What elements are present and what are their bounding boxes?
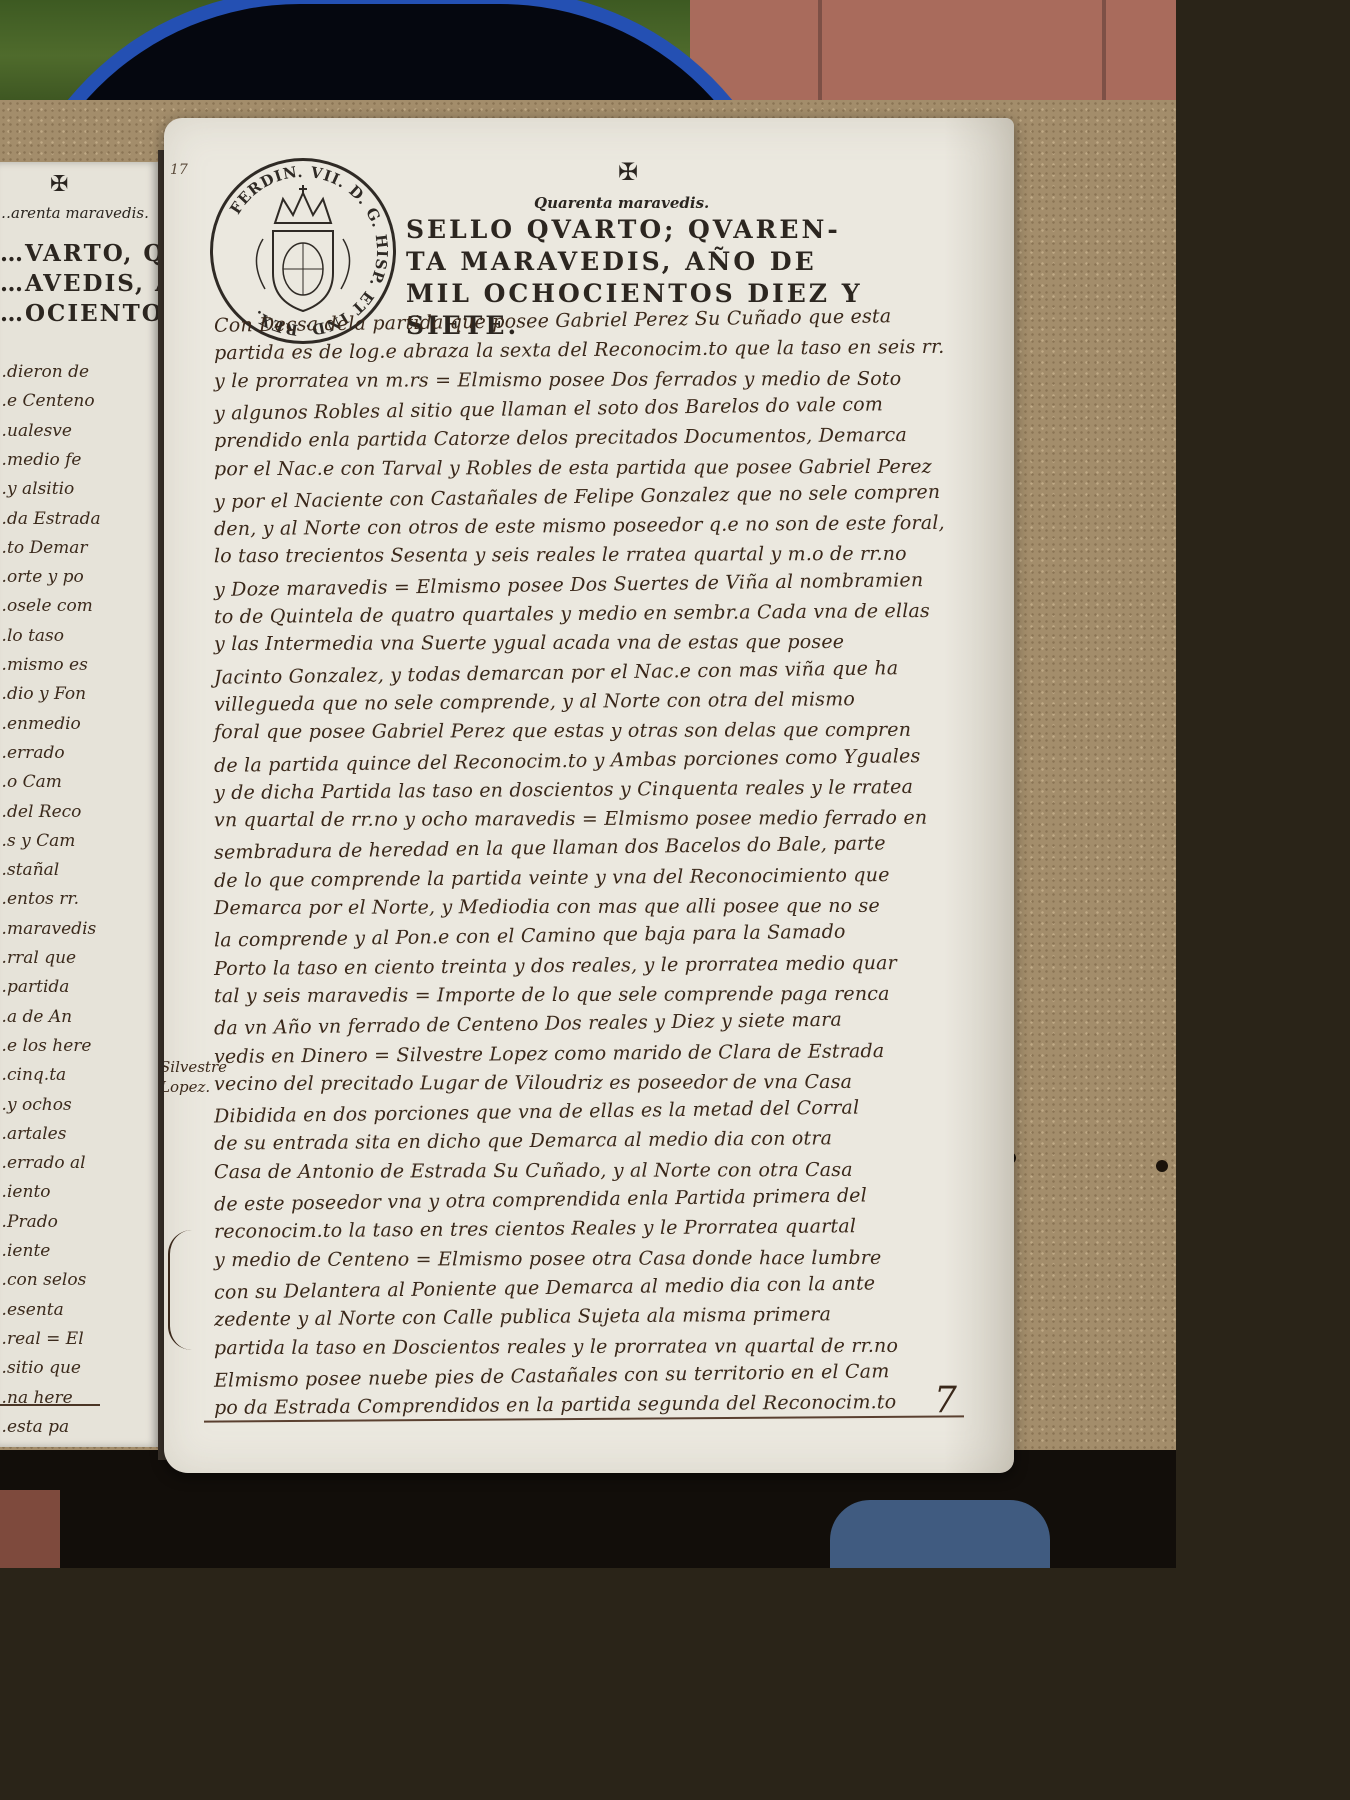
left-margin-fragment: …cinq.ta [0, 1065, 66, 1085]
left-margin-fragment: …sitio que [0, 1358, 81, 1378]
cross-icon: ✠ [50, 172, 68, 197]
manuscript-line: y Doze maravedis = Elmismo posee Dos Sue… [214, 569, 924, 601]
manuscript-line: prendido enla partida Catorze delos prec… [214, 424, 907, 452]
left-margin-fragment: …iento [0, 1182, 51, 1202]
manuscript-line: Elmismo posee nuebe pies de Castañales c… [214, 1360, 890, 1391]
manuscript-line: Porto la taso en ciento treinta y dos re… [214, 952, 897, 980]
blue-cloth [830, 1500, 1050, 1568]
left-margin-fragment: …ualesve [0, 421, 72, 441]
left-margin-fragment: …da Estrada [0, 509, 101, 529]
manuscript-line: y de dicha Partida las taso en dosciento… [214, 776, 913, 804]
manuscript-line: Dibidida en dos porciones que vna de ell… [214, 1097, 860, 1128]
manuscript-line: Casa de Antonio de Estrada Su Cuñado, y … [214, 1159, 853, 1183]
left-margin-fragment: …e los here [0, 1036, 91, 1056]
left-margin-fragment: …osele com [0, 596, 93, 616]
left-margin-fragment: …Prado [0, 1212, 58, 1232]
left-margin-fragment: …errado [0, 743, 65, 763]
manuscript-line: Demarca por el Norte, y Mediodia con mas… [214, 895, 880, 919]
manuscript-line: po da Estrada Comprendidos en la partida… [214, 1391, 897, 1419]
manuscript-line: y las Intermedia vna Suerte ygual acada … [214, 631, 844, 655]
left-margin-fragment: …mismo es [0, 655, 88, 675]
margin-bracket [168, 1230, 192, 1350]
left-margin-fragment: …y alsitio [0, 479, 74, 499]
left-margin-fragment: …o Cam [0, 772, 62, 792]
manuscript-line: da vn Año vn ferrado de Centeno Dos real… [214, 1009, 842, 1040]
left-bottom-rule [0, 1404, 100, 1406]
manuscript-line: y por el Naciente con Castañales de Feli… [214, 481, 941, 513]
left-margin-fragment: …y ochos [0, 1095, 72, 1115]
left-margin-fragment: …el Nac.e [0, 1446, 78, 1447]
manuscript-line: sembradura de heredad en la que llaman d… [214, 833, 886, 864]
manuscript-line: y medio de Centeno = Elmismo posee otra … [214, 1246, 882, 1270]
left-margin-fragment: …s y Cam [0, 831, 75, 851]
left-margin-fragment: …lo taso [0, 626, 64, 646]
left-printed-heading-line: …OCIENTOS [0, 300, 160, 327]
manuscript-line: vedis en Dinero = Silvestre Lopez como m… [214, 1040, 885, 1068]
left-margin-fragment: …esta pa [0, 1417, 69, 1437]
manuscript-line: de este poseedor vna y otra comprendida … [214, 1184, 867, 1215]
page-number: 7 [934, 1380, 957, 1421]
left-margin-fragment: …partida [0, 977, 69, 997]
manuscript-page: 17 FERDIN. VII. D. G. HISP. ET IND. REX.… [164, 118, 1014, 1473]
left-margin-fragment: …errado al [0, 1153, 86, 1173]
manuscript-line: vn quartal de rr.no y ocho maravedis = E… [214, 807, 927, 831]
manuscript-line: Jacinto Gonzalez, y todas demarcan por e… [214, 657, 899, 689]
left-stamp-value: …arenta maravedis. [0, 204, 149, 222]
manuscript-line: lo taso trecientos Sesenta y seis reales… [214, 543, 907, 567]
manuscript-line: foral que posee Gabriel Perez que estas … [214, 719, 911, 743]
background-tile [0, 1490, 60, 1568]
manuscript-line: vecino del precitado Lugar de Viloudriz … [214, 1071, 852, 1095]
manuscript-line: zedente y al Norte con Calle publica Suj… [214, 1303, 831, 1330]
left-printed-heading-line: …AVEDIS, A… [0, 270, 160, 297]
manuscript-line: y le prorratea vn m.rs = Elmismo posee D… [214, 367, 901, 391]
left-margin-fragment: …a de An [0, 1007, 72, 1027]
left-margin-fragment: …esenta [0, 1300, 64, 1320]
left-facing-page: ✠ …arenta maravedis. …VARTO, Q… …AVEDIS,… [0, 162, 160, 1447]
manuscript-line: de lo que comprende la partida veinte y … [214, 864, 890, 892]
left-margin-fragment: …iente [0, 1241, 50, 1261]
manuscript-line: villegueda que no sele comprende, y al N… [214, 688, 855, 716]
left-margin-fragment: …e Centeno [0, 391, 95, 411]
left-margin-fragment: …dieron de [0, 362, 89, 382]
margin-note: Silvestre [164, 1058, 227, 1076]
manuscript-line: y algunos Robles al sitio que llaman el … [214, 393, 883, 424]
left-margin-fragment: …to Demar [0, 538, 88, 558]
manuscript-line: tal y seis maravedis = Importe de lo que… [214, 983, 890, 1007]
manuscript-line: Con Decsa dela partida que posee Gabriel… [214, 305, 892, 336]
handwritten-text-body: Con Decsa dela partida que posee Gabriel… [164, 118, 1014, 1473]
left-margin-fragment: …rral que [0, 948, 76, 968]
board-hole [1156, 1160, 1168, 1172]
manuscript-line: partida es de log.e abraza la sexta del … [214, 336, 945, 364]
left-margin-fragment: …con selos [0, 1270, 86, 1290]
margin-note: Lopez. [164, 1078, 210, 1096]
manuscript-line: to de Quintela de quatro quartales y med… [214, 600, 930, 628]
manuscript-line: partida la taso en Doscientos reales y l… [214, 1334, 898, 1358]
manuscript-line: por el Nac.e con Tarval y Robles de esta… [214, 455, 932, 480]
left-margin-fragment: …orte y po [0, 567, 84, 587]
left-margin-fragment: …medio fe [0, 450, 82, 470]
left-margin-fragment: …enmedio [0, 714, 81, 734]
left-margin-fragment: …maravedis [0, 919, 96, 939]
left-margin-fragment: …entos rr. [0, 889, 79, 909]
left-printed-heading-line: …VARTO, Q… [0, 240, 160, 267]
manuscript-line: den, y al Norte con otros de este mismo … [214, 512, 945, 540]
left-margin-fragment: …stañal [0, 860, 59, 880]
left-margin-fragment: …del Reco [0, 802, 81, 822]
left-margin-fragment: …real = El [0, 1329, 84, 1349]
manuscript-line: de su entrada sita en dicho que Demarca … [214, 1128, 832, 1155]
manuscript-line: con su Delantera al Poniente que Demarca… [214, 1272, 876, 1303]
left-margin-fragment: …artales [0, 1124, 66, 1144]
manuscript-line: de la partida quince del Reconocim.to y … [214, 745, 921, 777]
manuscript-line: reconocim.to la taso en tres cientos Rea… [214, 1215, 856, 1243]
left-margin-fragment: …dio y Fon [0, 684, 86, 704]
manuscript-line: la comprende y al Pon.e con el Camino qu… [214, 921, 846, 952]
